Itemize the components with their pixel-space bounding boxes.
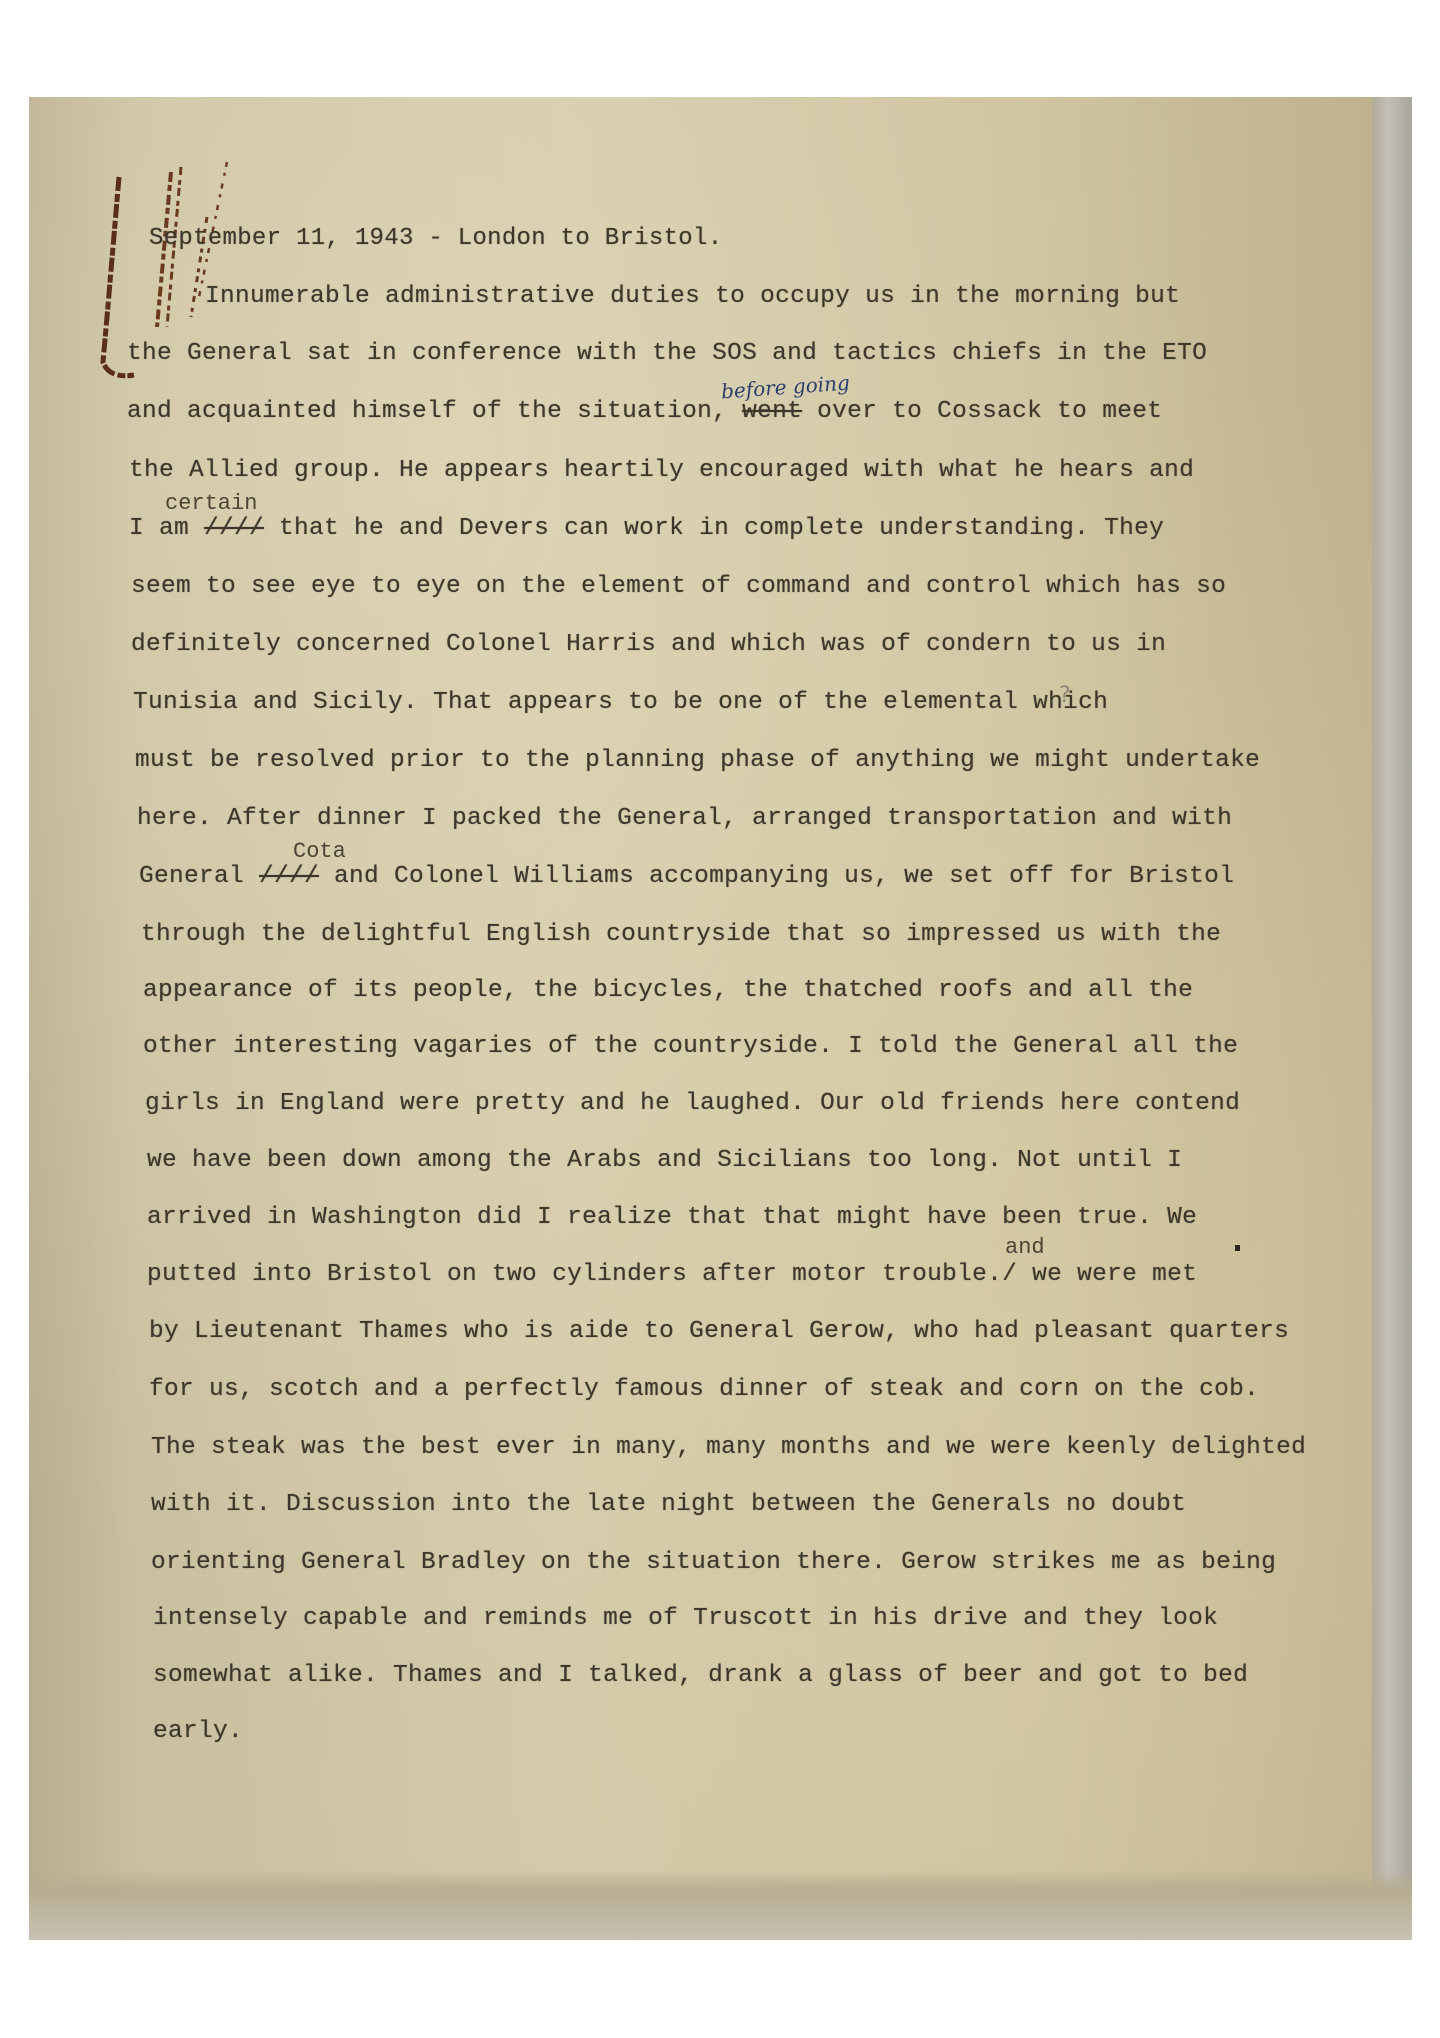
- text-line-10: here. After dinner I packed the General,…: [137, 805, 1232, 832]
- text-line-11-after: and Colonel Williams accompanying us, we…: [319, 863, 1234, 890]
- interlinear-insert-and: and: [1005, 1235, 1045, 1260]
- text-line-3-after: over to Cossack to meet: [802, 398, 1162, 425]
- text-line-25: somewhat alike. Thames and I talked, dra…: [153, 1662, 1248, 1689]
- struck-word: ////: [259, 863, 319, 890]
- interlinear-insert-cota: Cota: [293, 839, 346, 864]
- text-line-7: definitely concerned Colonel Harris and …: [131, 631, 1166, 658]
- text-line-11: General //// and Colonel Williams accomp…: [139, 863, 1234, 890]
- text-line-2: the General sat in conference with the S…: [127, 340, 1207, 367]
- text-line-16: we have been down among the Arabs and Si…: [147, 1147, 1182, 1174]
- text-line-13: appearance of its people, the bicycles, …: [143, 977, 1193, 1004]
- text-line-20: for us, scotch and a perfectly famous di…: [149, 1376, 1259, 1403]
- interlinear-insert-certain: certain: [165, 491, 257, 516]
- text-line-23: orienting General Bradley on the situati…: [151, 1549, 1276, 1576]
- text-line-1: Innumerable administrative duties to occ…: [205, 283, 1180, 310]
- text-line-8: Tunisia and Sicily. That appears to be o…: [133, 689, 1108, 716]
- margin-marks-icon: [79, 117, 239, 417]
- struck-word: went: [742, 398, 802, 425]
- text-line-26: early.: [153, 1718, 243, 1745]
- text-line-9: must be resolved prior to the planning p…: [135, 747, 1260, 774]
- text-line-21: The steak was the best ever in many, man…: [151, 1434, 1306, 1461]
- document-photo: September 11, 1943 - London to Bristol. …: [29, 97, 1412, 1940]
- text-line-6: seem to see eye to eye on the element of…: [131, 573, 1226, 600]
- text-line-12: through the delightful English countrysi…: [141, 921, 1221, 948]
- text-line-11-before: General: [139, 863, 259, 890]
- text-line-5-before: I am: [129, 515, 204, 542]
- entry-heading: September 11, 1943 - London to Bristol.: [149, 225, 722, 252]
- text-line-3: and acquainted himself of the situation,…: [127, 398, 1162, 425]
- text-line-5-after: that he and Devers can work in complete …: [264, 515, 1164, 542]
- text-line-24: intensely capable and reminds me of Trus…: [153, 1605, 1218, 1632]
- pencil-question-mark: ?: [1059, 683, 1071, 708]
- struck-word: ////: [204, 515, 264, 542]
- text-line-17: arrived in Washington did I realize that…: [147, 1204, 1197, 1231]
- page-edge-shadow: [1372, 97, 1412, 1940]
- text-line-5: I am //// that he and Devers can work in…: [129, 515, 1164, 542]
- text-line-19: by Lieutenant Thames who is aide to Gene…: [149, 1318, 1289, 1345]
- text-line-18: putted into Bristol on two cylinders aft…: [147, 1261, 1197, 1288]
- underlying-pages: [29, 1870, 1412, 1940]
- text-line-14: other interesting vagaries of the countr…: [143, 1033, 1238, 1060]
- text-line-22: with it. Discussion into the late night …: [151, 1491, 1186, 1518]
- text-line-15: girls in England were pretty and he laug…: [145, 1090, 1240, 1117]
- typed-page: September 11, 1943 - London to Bristol. …: [29, 97, 1374, 1897]
- text-line-3-before: and acquainted himself of the situation,: [127, 398, 727, 425]
- text-line-4: the Allied group. He appears heartily en…: [129, 457, 1194, 484]
- stray-mark: [1235, 1245, 1240, 1251]
